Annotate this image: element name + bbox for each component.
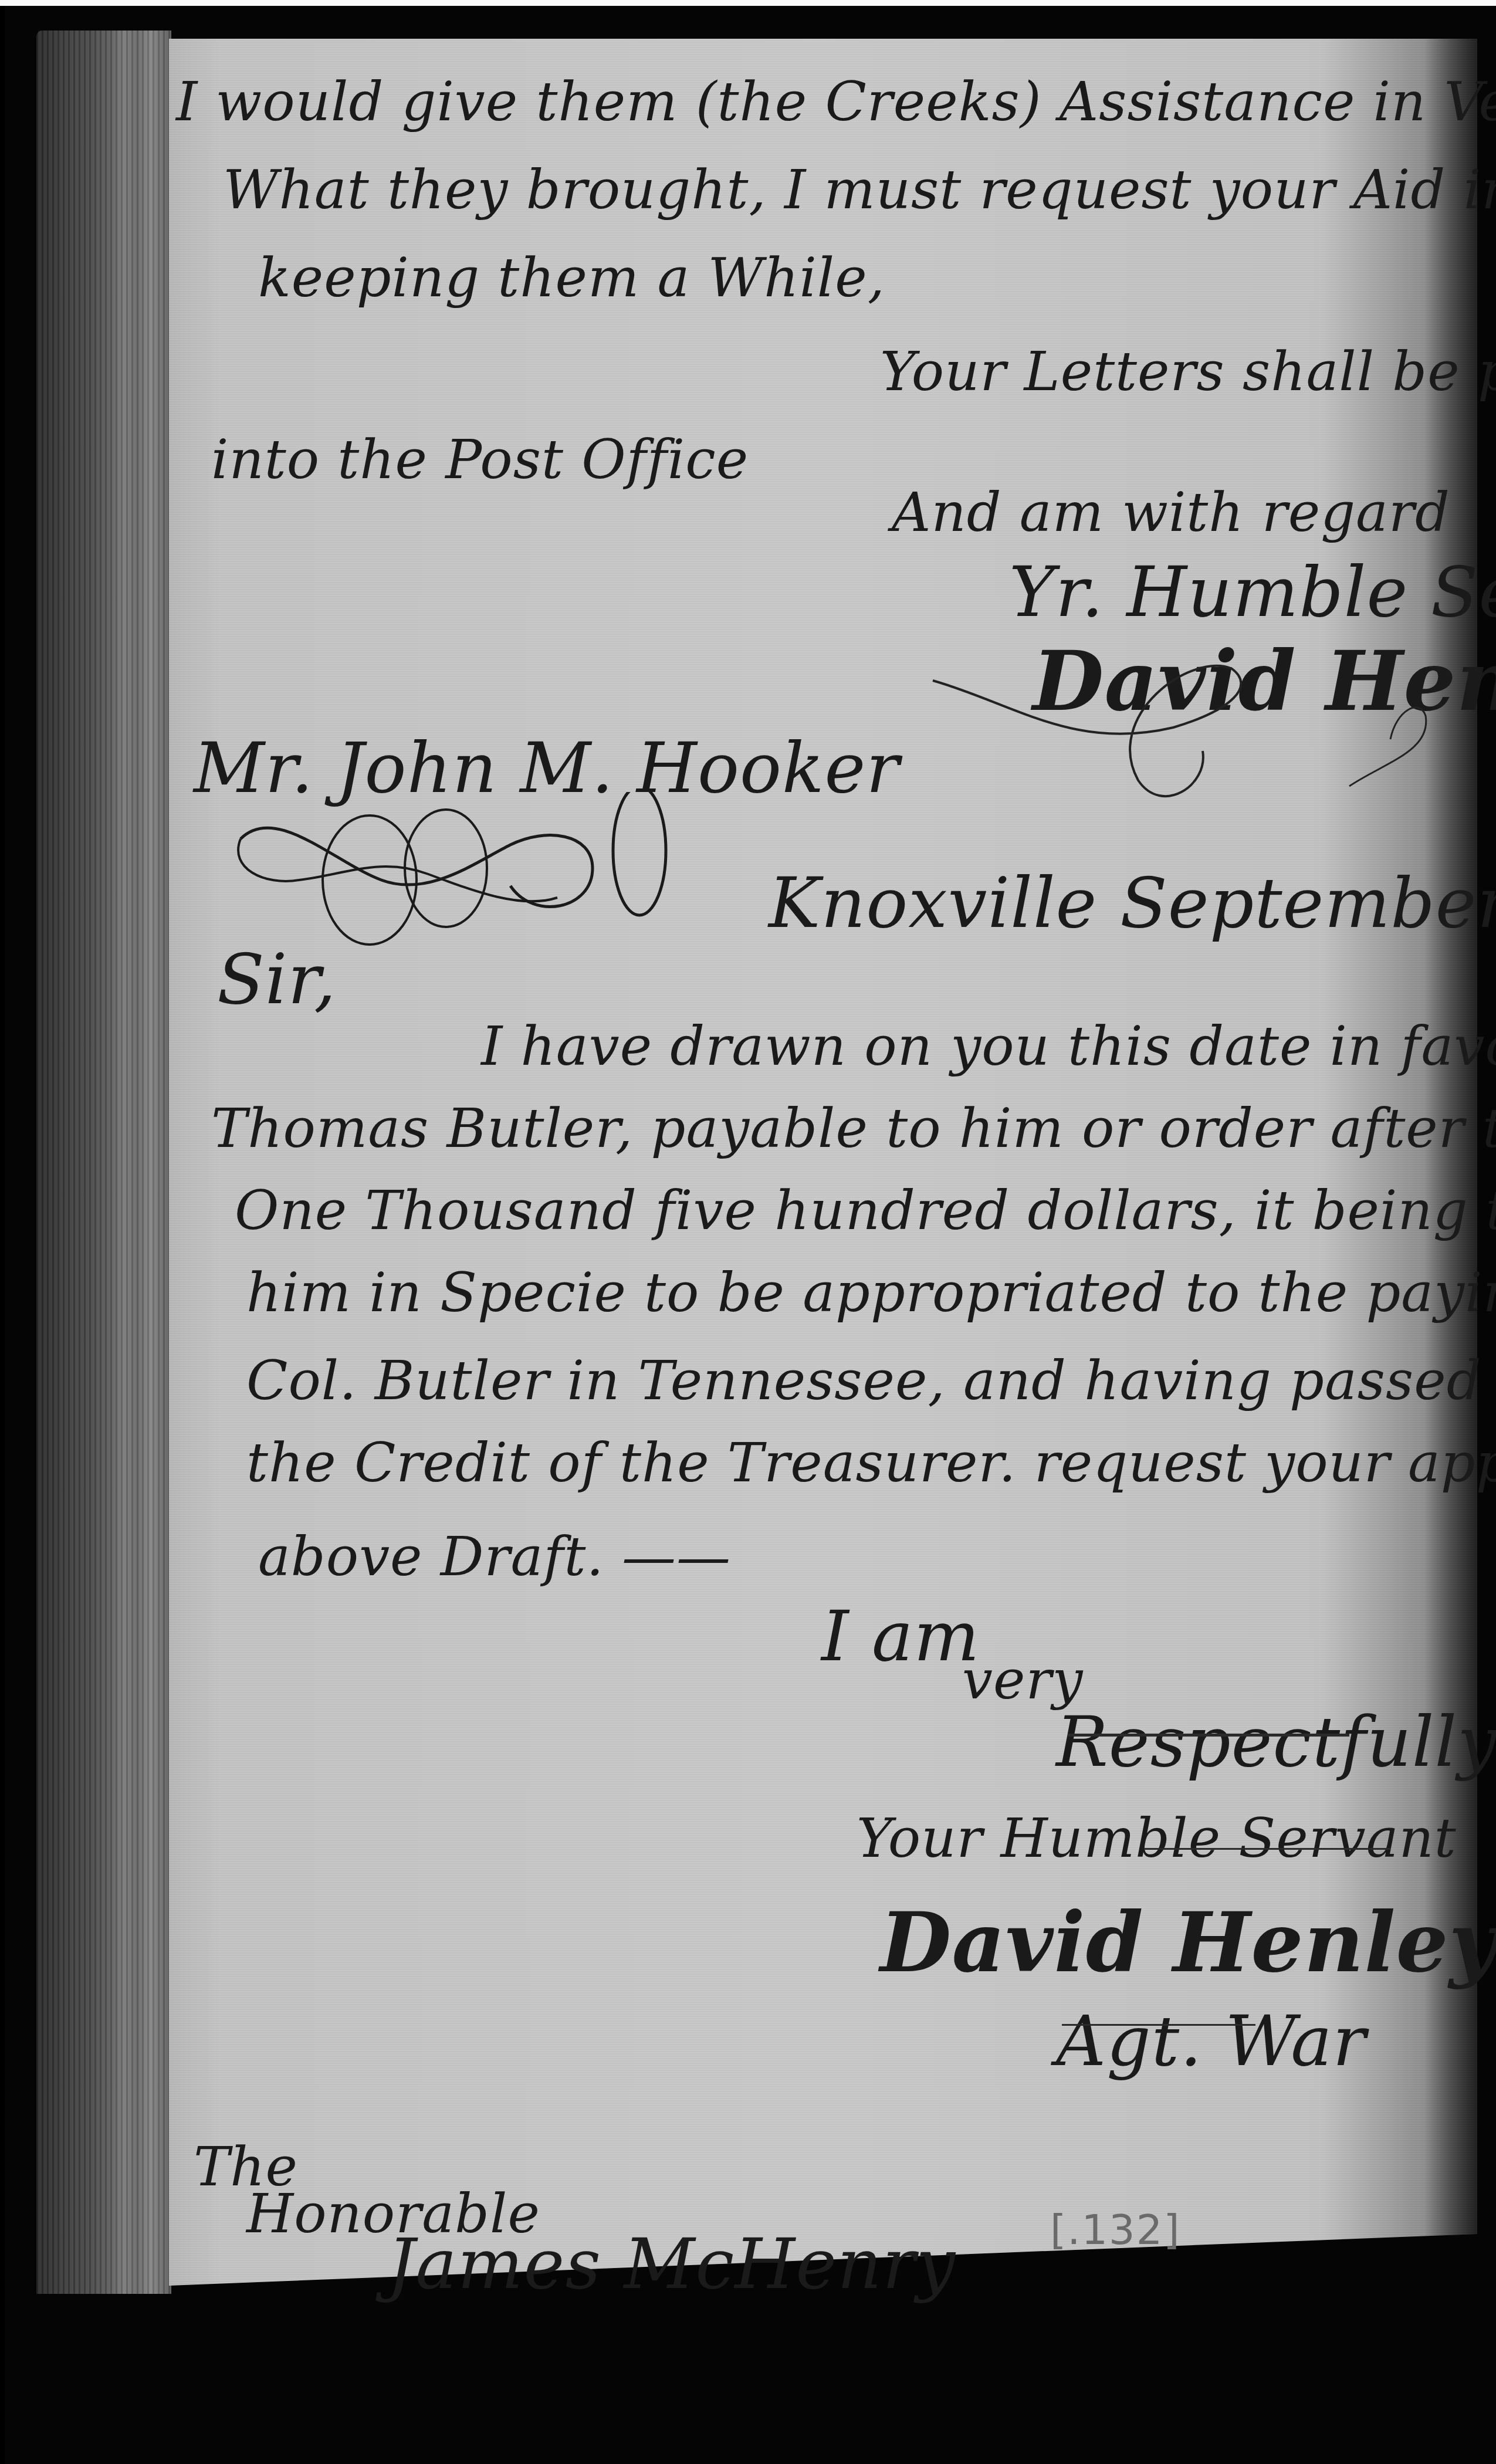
letter1-line-2: What they brought, I must request your A… xyxy=(223,158,1496,221)
letter1-line-1: I would give them (the Creeks) Assistanc… xyxy=(176,70,1496,133)
recipient-line-3: James McHenry xyxy=(387,2223,956,2304)
body-line-2: Thomas Butler, payable to him or order a… xyxy=(211,1097,1496,1160)
body-line-3: One Thousand five hundred dollars, it be… xyxy=(235,1179,1496,1242)
book-page-edges xyxy=(36,31,171,2294)
body-line-4: him in Specie to be appropriated to the … xyxy=(246,1261,1496,1324)
closing-line-3: Respectfully xyxy=(1056,1701,1496,1782)
body-line-5: Col. Butler in Tennessee, and having pas… xyxy=(246,1349,1496,1412)
body-line-7: above Draft. —— xyxy=(258,1525,731,1588)
page-number: [.132] xyxy=(1050,2206,1180,2254)
dateline: Knoxville September 28. 1799. — xyxy=(769,862,1496,943)
closing-line-1: I am xyxy=(821,1596,980,1677)
scan-top-border xyxy=(0,0,1496,6)
underline-stroke xyxy=(1144,1848,1390,1850)
body-line-1: I have drawn on you this date in favour … xyxy=(481,1015,1496,1078)
letter1-line-5: into the Post Office xyxy=(211,428,749,491)
letter1-closing: Yr. Humble Servt. xyxy=(1009,551,1496,632)
letter1-line-6: And am with regard xyxy=(892,481,1450,544)
signature-flourish-icon xyxy=(927,645,1455,821)
decorative-flourish-icon xyxy=(229,792,727,956)
signature: David Henley xyxy=(880,1895,1496,1991)
underline-stroke xyxy=(1062,2024,1255,2026)
letter1-line-4: Your Letters shall be put xyxy=(880,340,1496,403)
signature-title: Agt. War xyxy=(1056,2001,1366,2081)
letter1-line-3: keeping them a While, xyxy=(258,246,885,309)
complimentary-close: Your Humble Servant xyxy=(857,1807,1457,1870)
salutation: Sir, xyxy=(217,939,337,1020)
body-line-6: the Credit of the Treasurer. request you… xyxy=(246,1431,1496,1494)
underline-stroke xyxy=(1068,1734,1349,1737)
